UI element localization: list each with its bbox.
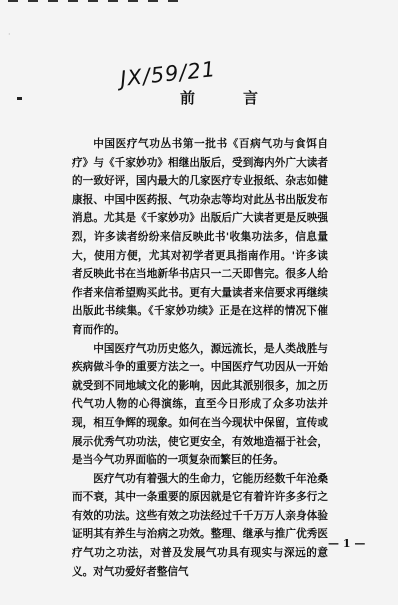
paragraph: 中国医疗气功历史悠久，源远流长，是人类战胜与疾病做斗争的重要方法之一。中国医疗气… (72, 340, 328, 470)
page-number: — 1 — (328, 537, 365, 550)
scan-edge-marks (8, 0, 188, 2)
handwritten-call-number: JX/59/21 (119, 57, 217, 91)
paragraph: 医疗气功有着强大的生命力，它能历经数千年沧桑而不衰，其中一条重要的原因就是它有着… (72, 470, 328, 582)
page-title: 前言 (180, 87, 306, 108)
scan-mark (17, 97, 22, 100)
scan-speck: · (8, 30, 11, 39)
paragraph: 中国医疗气功丛书第一批书《百病气功与食饵自疗》与《千家妙功》相继出版后，受到海内… (72, 135, 328, 340)
document-body: 中国医疗气功丛书第一批书《百病气功与食饵自疗》与《千家妙功》相继出版后，受到海内… (72, 135, 328, 581)
